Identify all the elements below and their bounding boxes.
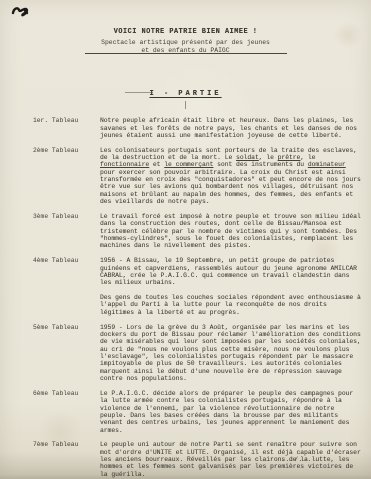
- tableau-label: 3ème Tableau: [33, 213, 100, 257]
- tableau-body: 1959 - Lors de la grève du 3 Août, organ…: [100, 324, 363, 390]
- tableau-paragraph: Des gens de toutes les couches sociales …: [100, 294, 363, 316]
- tableau-label: 5ème Tableau: [33, 324, 100, 390]
- tableau-row: 1er. Tableau Notre peuple africain était…: [33, 117, 363, 147]
- tableau-label: 6ème Tableau: [33, 390, 100, 442]
- tableau-paragraph: Le P.A.I.G.C. décide alors de préparer l…: [100, 390, 363, 434]
- tableau-label: 4ème Tableau: [33, 257, 100, 323]
- document-subtitle: Spectacle artistique présenté par des je…: [0, 39, 371, 54]
- document-title: VOICI NOTRE PATRIE BIEN AIMEE !: [0, 0, 371, 36]
- tableau-label: 2ème Tableau: [33, 147, 100, 213]
- tableau-row: 7ème Tableau Le peuple uni autour de not…: [33, 441, 363, 479]
- tableau-row: 6ème Tableau Le P.A.I.G.C. décide alors …: [33, 390, 363, 442]
- pencil-mark-left: [125, 92, 153, 93]
- tableau-body: Le travail forcé est imposé à notre peup…: [100, 213, 363, 257]
- tableau-body: Le peuple uni autour de notre Parti se s…: [100, 441, 363, 479]
- tableau-paragraph: Le travail forcé est imposé à notre peup…: [100, 213, 363, 250]
- subtitle-line2: et des enfants du PAIGC: [0, 47, 371, 55]
- tableau-row: 2ème Tableau Les colonisateurs portugais…: [33, 147, 363, 213]
- pencil-tick-mark: [185, 101, 186, 109]
- tableau-row: 5ème Tableau 1959 - Lors de la grève du …: [33, 324, 363, 390]
- continuation-mark: .../...: [281, 456, 312, 463]
- document-page: VOICI NOTRE PATRIE BIEN AIMEE ! Spectacl…: [0, 0, 371, 479]
- tableau-body: 1956 - A Bissau, le 19 Septembre, un pet…: [100, 257, 363, 323]
- tableau-paragraph: 1956 - A Bissau, le 19 Septembre, un pet…: [100, 257, 363, 286]
- ink-mark-icon: [11, 4, 33, 22]
- tableau-row: 3ème Tableau Le travail forcé est imposé…: [33, 213, 363, 257]
- tableau-paragraph: Le peuple uni autour de notre Parti se s…: [100, 441, 363, 478]
- tableau-label: 7ème Tableau: [33, 441, 100, 479]
- tableau-row: 4ème Tableau 1956 - A Bissau, le 19 Sept…: [33, 257, 363, 323]
- subtitle-line1: Spectacle artistique présenté par des je…: [0, 39, 371, 47]
- tableau-body: Notre peuple africain était libre et heu…: [100, 117, 363, 147]
- tableau-paragraph: Les colonisateurs portugais sont porteur…: [100, 147, 363, 206]
- section-heading: I - PARTIE: [0, 90, 371, 98]
- tableau-paragraph: 1959 - Lors de la grève du 3 Août, organ…: [100, 324, 363, 383]
- tableau-body: Les colonisateurs portugais sont porteur…: [100, 147, 363, 213]
- section-heading-block: I - PARTIE: [0, 90, 371, 110]
- tableau-label: 1er. Tableau: [33, 117, 100, 147]
- tableaux-list: 1er. Tableau Notre peuple africain était…: [0, 117, 371, 479]
- tableau-paragraph: Notre peuple africain était libre et heu…: [100, 117, 363, 139]
- tableau-body: Le P.A.I.G.C. décide alors de préparer l…: [100, 390, 363, 442]
